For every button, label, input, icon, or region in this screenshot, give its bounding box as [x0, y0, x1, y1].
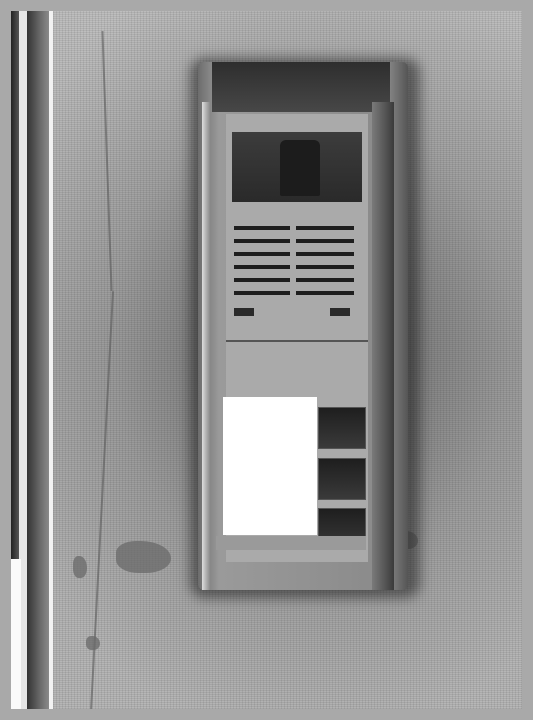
intercom-top-cap — [212, 62, 390, 112]
intercom-panel — [198, 62, 408, 590]
indicator-light-right — [330, 308, 350, 316]
indicator-light-left — [234, 308, 254, 316]
intercom-right-rail — [372, 102, 394, 590]
wall-damage-patch — [73, 556, 87, 578]
intercom-bottom-bar — [216, 536, 366, 550]
intercom-left-rail — [202, 102, 210, 590]
call-button-2[interactable] — [318, 458, 366, 500]
door-frame-shadow-stripe — [27, 11, 49, 709]
speaker-grille — [234, 226, 356, 316]
wall-damage-patch — [86, 636, 100, 650]
camera-lens-icon — [280, 140, 320, 196]
camera-window — [232, 132, 362, 202]
nameplate-redacted — [223, 397, 317, 535]
door-frame-bright-patch — [11, 559, 21, 709]
call-button-1[interactable] — [318, 407, 366, 449]
door-frame-edge-highlight — [49, 11, 53, 709]
wall-damage-patch — [116, 541, 171, 573]
wall-crack — [101, 31, 112, 291]
faceplate-divider — [226, 340, 368, 342]
